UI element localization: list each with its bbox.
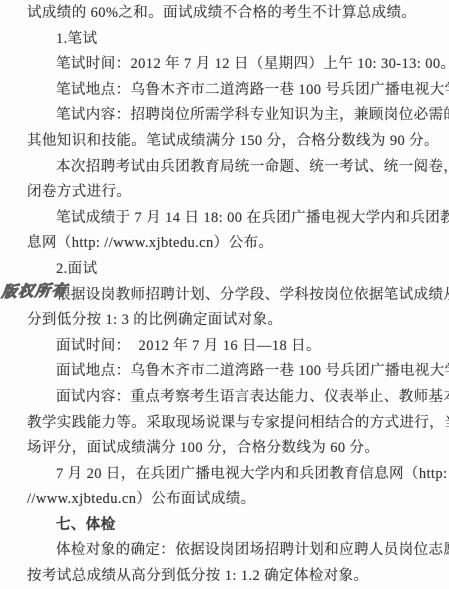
- text-line: 笔试成绩于 7 月 14 日 18: 00 在兵团广播电视大学内和兵团教育信: [27, 206, 427, 232]
- text-line: 7 月 20 日，在兵团广播电视大学内和兵团教育信息网（http:: [27, 462, 427, 488]
- text-line: 按考试总成绩从高分到低分按 1: 1.2 确定体检对象。: [27, 564, 427, 589]
- text-line: 本次招聘考试由兵团教育局统一命题、统一考试、统一阅卷，以: [27, 155, 427, 181]
- text-line: 笔试地点：乌鲁木齐市二道湾路一巷 100 号兵团广播电视大学。: [27, 78, 427, 104]
- text-line: 场评分，面试成绩满分 100 分，合格分数线为 60 分。: [27, 436, 427, 462]
- text-line: 体检对象的确定：依据设岗团场招聘计划和应聘人员岗位志愿，: [27, 538, 427, 564]
- document-page: 试成绩的 60%之和。面试成绩不合格的考生不计算总成绩。 1.笔试 笔试时间：2…: [0, 0, 449, 589]
- text-line: 根据设岗教师招聘计划、分学段、学科按岗位依据笔试成绩从高: [27, 283, 427, 309]
- text-line: 教学实践能力等。采取现场说课与专家提问相结合的方式进行，当: [27, 411, 427, 437]
- section-heading-interview: 2.面试: [27, 257, 427, 283]
- text-line: 分到低分按 1: 3 的比例确定面试对象。: [27, 308, 427, 334]
- text-line: 闭卷方式进行。: [27, 180, 427, 206]
- text-line: 笔试时间：2012 年 7 月 12 日（星期四）上午 10: 30-13: 0…: [27, 52, 427, 78]
- text-line: 试成绩的 60%之和。面试成绩不合格的考生不计算总成绩。: [27, 1, 427, 27]
- text-line: 面试内容：重点考察考生语言表达能力、仪表举止、教师基本功、: [27, 385, 427, 411]
- text-line: //www.xjbtedu.cn）公布面试成绩。: [27, 487, 427, 513]
- text-line: 面试时间： 2012 年 7 月 16 日—18 日。: [27, 334, 427, 360]
- section-heading-written-test: 1.笔试: [27, 27, 427, 53]
- section-heading-physical-exam: 七、体检: [27, 513, 427, 539]
- text-line: 面试地点：乌鲁木齐市二道湾路一巷 100 号兵团广播电视大学。: [27, 359, 427, 385]
- text-line: 息网（http: //www.xjbtedu.cn）公布。: [27, 231, 427, 257]
- text-line: 笔试内容：招聘岗位所需学科专业知识为主，兼顾岗位必需的: [27, 103, 427, 129]
- text-line: 其他知识和技能。笔试成绩满分 150 分，合格分数线为 90 分。: [27, 129, 427, 155]
